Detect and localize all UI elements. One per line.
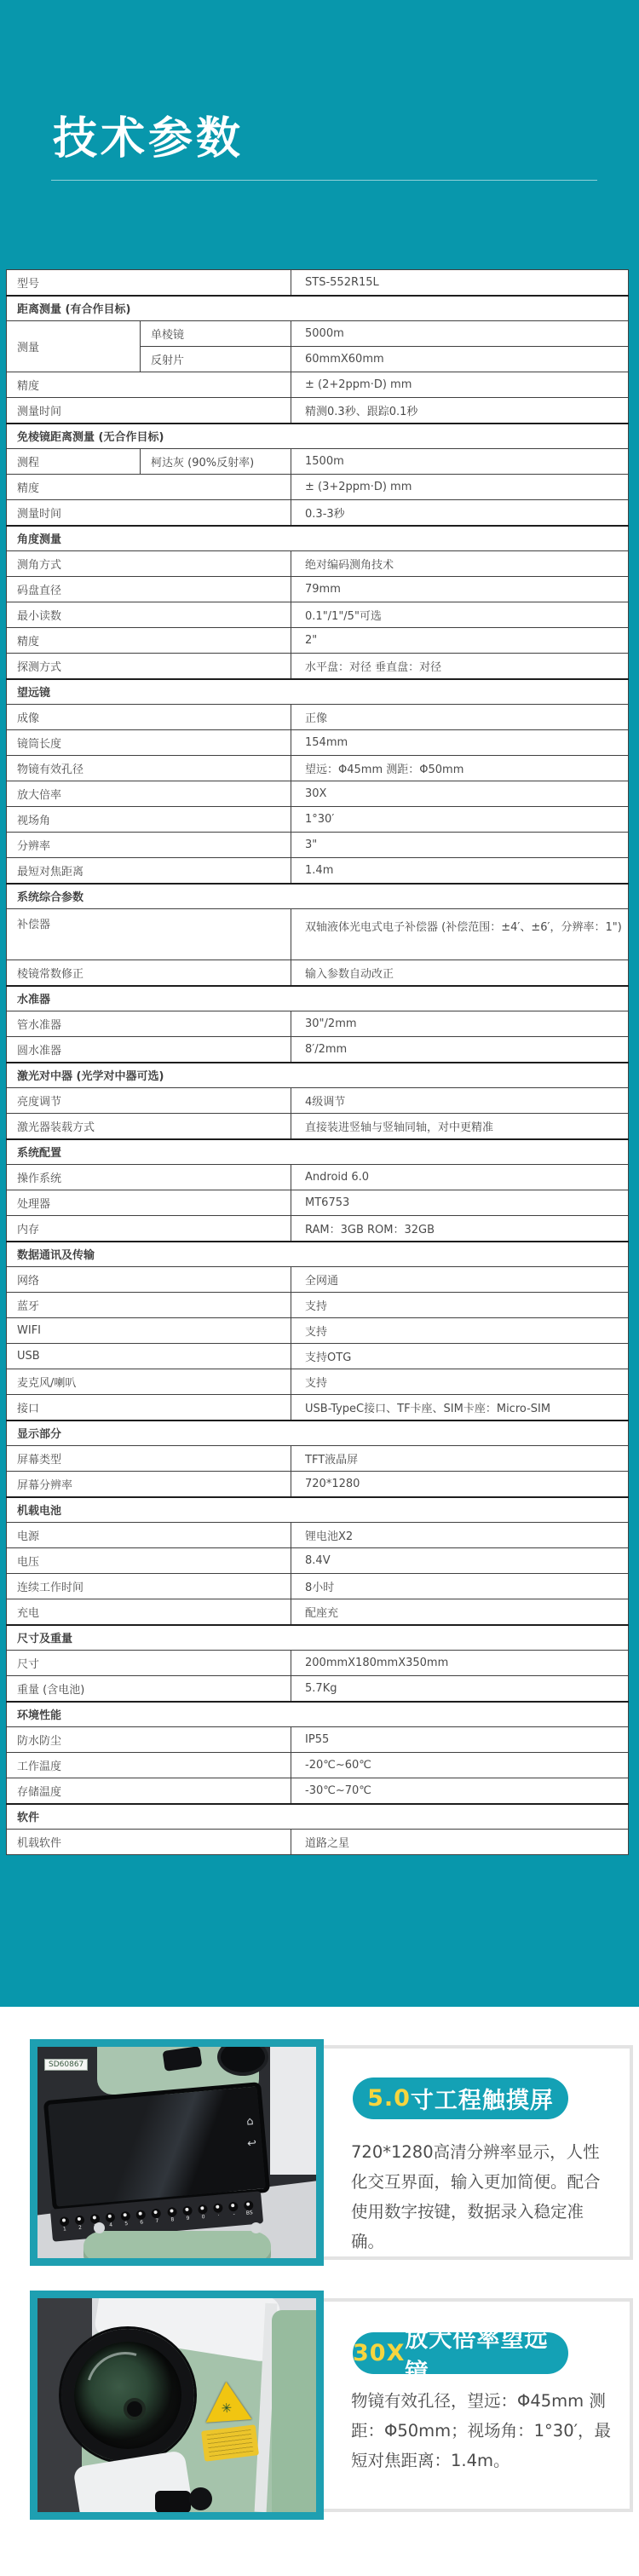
section-header-row: 免棱镜距离测量 (无合作目标) xyxy=(7,424,629,449)
spec-label: 分辨率 xyxy=(7,833,291,858)
spec-row: 处理器MT6753 xyxy=(7,1190,629,1216)
spec-row: 屏幕分辨率720*1280 xyxy=(7,1472,629,1497)
keypad-key-label: 6 xyxy=(135,2219,149,2226)
spec-row: 激光器装载方式直接装进竖轴与竖轴同轴，对中更精准 xyxy=(7,1114,629,1139)
spec-row: 亮度调节4级调节 xyxy=(7,1088,629,1114)
spec-label: 最小读数 xyxy=(7,602,291,628)
spec-row: 网络全网通 xyxy=(7,1267,629,1293)
spec-label: 镜筒长度 xyxy=(7,730,291,756)
serial-label: SD60867 xyxy=(44,2059,88,2071)
section-label: 显示部分 xyxy=(7,1421,629,1446)
spec-value: TFT液晶屏 xyxy=(291,1446,629,1472)
spec-value: RAM：3GB ROM：32GB xyxy=(291,1216,629,1242)
spec-row: 接口USB-TypeC接口、TF卡座、SIM卡座：Micro-SIM xyxy=(7,1395,629,1421)
side-grip-pad xyxy=(272,2310,316,2512)
spec-value: 输入参数自动改正 xyxy=(291,960,629,986)
keypad-key-label: 1 xyxy=(58,2226,72,2233)
feature-text-telescope: 物镜有效孔径，望远：Φ45mm 测距：Φ50mm；视场角：1°30′，最短对焦距… xyxy=(351,2386,615,2475)
spec-label: 测量时间 xyxy=(7,398,291,424)
spec-row: 补偿器双轴液体光电式电子补偿器 (补偿范围：±4′、±6′，分辨率：1") xyxy=(7,909,629,960)
spec-value: 154mm xyxy=(291,730,629,756)
home-icon: ⌂ xyxy=(246,2115,255,2129)
spec-label: 码盘直径 xyxy=(7,577,291,602)
section-header-row: 环境性能 xyxy=(7,1702,629,1727)
tangent-knob-shape xyxy=(189,2487,212,2510)
keypad-key: 4 xyxy=(103,2212,118,2228)
spec-value: 1500m xyxy=(291,449,629,475)
spec-label: 处理器 xyxy=(7,1190,291,1216)
section-label: 软件 xyxy=(7,1804,629,1830)
spec-row: 探测方式水平盘：对径 垂直盘：对径 xyxy=(7,654,629,679)
spec-label: 屏幕分辨率 xyxy=(7,1472,291,1497)
feature-text-touchscreen: 720*1280高清分辨率显示，人性化交互界面，输入更加简便。配合使用数字按键，… xyxy=(351,2137,615,2256)
keypad-key: 1 xyxy=(57,2216,72,2233)
spec-label: 麦克风/喇叭 xyxy=(7,1369,291,1395)
spec-row: 分辨率3" xyxy=(7,833,629,858)
spec-row: 管水准器30"/2mm xyxy=(7,1011,629,1037)
keypad-key: · xyxy=(211,2203,226,2219)
section-header-row: 激光对中器 (光学对中器可选) xyxy=(7,1063,629,1088)
keypad-key-label: 0 xyxy=(197,2214,210,2221)
spec-row: 重量 (含电池)5.7Kg xyxy=(7,1676,629,1702)
spec-row: 放大倍率30X xyxy=(7,781,629,807)
spec-label: 补偿器 xyxy=(7,909,291,960)
laser-warning-triangle-icon: ✳ xyxy=(203,2380,251,2423)
badge-highlight: 5.0 xyxy=(367,2085,411,2112)
spec-row: 操作系统Android 6.0 xyxy=(7,1165,629,1190)
spec-value: STS-552R15L xyxy=(291,270,629,296)
spec-label: 电压 xyxy=(7,1548,291,1574)
spec-row: 物镜有效孔径望远：Φ45mm 测距：Φ50mm xyxy=(7,756,629,781)
spec-value: 双轴液体光电式电子补偿器 (补偿范围：±4′、±6′，分辨率：1") xyxy=(291,909,629,960)
spec-value: 望远：Φ45mm 测距：Φ50mm xyxy=(291,756,629,781)
keypad-key: 5 xyxy=(119,2211,134,2227)
title-underline xyxy=(51,180,597,181)
spec-value: MT6753 xyxy=(291,1190,629,1216)
spec-value: 30X xyxy=(291,781,629,807)
objective-lens xyxy=(61,2329,194,2462)
spec-label: 接口 xyxy=(7,1395,291,1421)
spec-label: 蓝牙 xyxy=(7,1293,291,1318)
spec-row: 成像正像 xyxy=(7,705,629,730)
spec-row: 屏幕类型TFT液晶屏 xyxy=(7,1446,629,1472)
spec-label: 存储温度 xyxy=(7,1778,291,1804)
spec-row: 充电配座充 xyxy=(7,1599,629,1625)
badge-highlight: 30X xyxy=(353,2340,405,2366)
spec-value: 200mmX180mmX350mm xyxy=(291,1651,629,1676)
spec-label: 测量时间 xyxy=(7,500,291,526)
spec-value: 全网通 xyxy=(291,1267,629,1293)
spec-value: 精测0.3秒、跟踪0.1秒 xyxy=(291,398,629,424)
back-icon: ↩ xyxy=(247,2137,257,2151)
touchscreen-display: ⌂↩ xyxy=(43,2082,270,2211)
spec-value: -20℃~60℃ xyxy=(291,1753,629,1778)
keypad-key: 0 xyxy=(196,2204,210,2221)
spec-label: 探测方式 xyxy=(7,654,291,679)
keypad-key: 2 xyxy=(72,2215,87,2231)
spec-label: 机载软件 xyxy=(7,1830,291,1855)
keypad-key-label: BS xyxy=(243,2210,256,2216)
keypad-key-label: 2 xyxy=(73,2224,87,2231)
lens-center-aperture xyxy=(124,2398,146,2420)
spec-value: 3" xyxy=(291,833,629,858)
spec-row: 码盘直径79mm xyxy=(7,577,629,602)
spec-row: 型号STS-552R15L xyxy=(7,270,629,296)
spec-label: 最短对焦距离 xyxy=(7,858,291,884)
spec-value: 1.4m xyxy=(291,858,629,884)
spec-label: 网络 xyxy=(7,1267,291,1293)
spec-value: 4级调节 xyxy=(291,1088,629,1114)
spec-value: 绝对编码测角技术 xyxy=(291,551,629,577)
spec-row: 尺寸200mmX180mmX350mm xyxy=(7,1651,629,1676)
spec-value: 配座充 xyxy=(291,1599,629,1625)
section-label: 免棱镜距离测量 (无合作目标) xyxy=(7,424,629,449)
spec-row: 圆水准器8′/2mm xyxy=(7,1037,629,1063)
spec-row: USB支持OTG xyxy=(7,1344,629,1369)
keypad-key: 7 xyxy=(150,2208,164,2224)
spec-row: 视场角1°30′ xyxy=(7,807,629,833)
tribrach-base-shape xyxy=(83,2231,271,2258)
keypad-key: 8 xyxy=(165,2207,180,2223)
spec-label: 工作温度 xyxy=(7,1753,291,1778)
keypad-key: BS xyxy=(242,2200,256,2216)
spec-row: 棱镜常数修正输入参数自动改正 xyxy=(7,960,629,986)
section-header-row: 机载电池 xyxy=(7,1497,629,1523)
section-header-row: 显示部分 xyxy=(7,1421,629,1446)
keypad-key: - xyxy=(227,2201,241,2217)
spec-label: 测程 xyxy=(7,449,141,475)
spec-label: 亮度调节 xyxy=(7,1088,291,1114)
spec-label: 精度 xyxy=(7,475,291,500)
section-header-row: 系统配置 xyxy=(7,1139,629,1165)
section-label: 环境性能 xyxy=(7,1702,629,1727)
spec-value: 5.7Kg xyxy=(291,1676,629,1702)
spec-label: 精度 xyxy=(7,372,291,398)
keypad-key-label: · xyxy=(212,2212,226,2219)
page-title: 技术参数 xyxy=(53,102,244,166)
spec-label: 管水准器 xyxy=(7,1011,291,1037)
spec-label: 物镜有效孔径 xyxy=(7,756,291,781)
spec-row: 精度2" xyxy=(7,628,629,654)
section-label: 激光对中器 (光学对中器可选) xyxy=(7,1063,629,1088)
instrument-side-column xyxy=(270,2047,316,2175)
spec-row-split: 测程柯达灰 (90%反射率)1500m xyxy=(7,449,629,475)
section-header-row: 望远镜 xyxy=(7,679,629,705)
spec-label: 充电 xyxy=(7,1599,291,1625)
spec-row: 精度± (3+2ppm·D) mm xyxy=(7,475,629,500)
spec-label: WIFI xyxy=(7,1318,291,1344)
spec-value: 8小时 xyxy=(291,1574,629,1599)
spec-label: 防水防尘 xyxy=(7,1727,291,1753)
spec-sublabel: 柯达灰 (90%反射率) xyxy=(141,449,291,475)
keypad-key-label: 7 xyxy=(151,2217,164,2224)
spec-value: IP55 xyxy=(291,1727,629,1753)
spec-table-body: 型号STS-552R15L距离测量 (有合作目标)测量单棱镜5000m反射片60… xyxy=(7,270,629,1855)
spec-row: 工作温度-20℃~60℃ xyxy=(7,1753,629,1778)
tangent-screw-shape xyxy=(155,2491,191,2512)
spec-row: 连续工作时间8小时 xyxy=(7,1574,629,1599)
laser-burst-icon: ✳ xyxy=(221,2400,233,2417)
spec-value: 0.1"/1"/5"可选 xyxy=(291,602,629,628)
section-header-row: 距离测量 (有合作目标) xyxy=(7,296,629,321)
spec-label: 激光器装载方式 xyxy=(7,1114,291,1139)
spec-label: 连续工作时间 xyxy=(7,1574,291,1599)
spec-row: WIFI支持 xyxy=(7,1318,629,1344)
spec-value: 直接装进竖轴与竖轴同轴，对中更精准 xyxy=(291,1114,629,1139)
spec-row: 测量时间0.3-3秒 xyxy=(7,500,629,526)
section-header-row: 尺寸及重量 xyxy=(7,1625,629,1651)
spec-row: 电源锂电池X2 xyxy=(7,1523,629,1548)
spec-label: 测量 xyxy=(7,321,141,372)
spec-value: Android 6.0 xyxy=(291,1165,629,1190)
section-label: 距离测量 (有合作目标) xyxy=(7,296,629,321)
spec-row: 测角方式绝对编码测角技术 xyxy=(7,551,629,577)
spec-value: 30"/2mm xyxy=(291,1011,629,1037)
spec-value: 0.3-3秒 xyxy=(291,500,629,526)
badge-text: 寸工程触摸屏 xyxy=(411,2082,554,2115)
spec-row: 测量时间精测0.3秒、跟踪0.1秒 xyxy=(7,398,629,424)
spec-table: 型号STS-552R15L距离测量 (有合作目标)测量单棱镜5000m反射片60… xyxy=(6,269,629,1855)
product-photo-telescope: ✳ xyxy=(30,2291,324,2520)
keypad-key-label: 5 xyxy=(119,2221,133,2227)
feature-badge-touchscreen: 5.0寸工程触摸屏 xyxy=(353,2078,568,2119)
spec-label: 圆水准器 xyxy=(7,1037,291,1063)
spec-row: 蓝牙支持 xyxy=(7,1293,629,1318)
spec-value: 8.4V xyxy=(291,1548,629,1574)
spec-value: -30℃~70℃ xyxy=(291,1778,629,1804)
spec-value: 5000m xyxy=(291,321,629,347)
spec-value: 720*1280 xyxy=(291,1472,629,1497)
touchscreen-photo-scene: SD60867 ⌂↩ 1234567890·-BS xyxy=(37,2047,316,2258)
spec-label: 尺寸 xyxy=(7,1651,291,1676)
keypad-key-label: 4 xyxy=(104,2222,118,2228)
keypad-key: 6 xyxy=(135,2210,149,2226)
section-header-row: 系统综合参数 xyxy=(7,884,629,909)
spec-value: 支持OTG xyxy=(291,1344,629,1369)
section-label: 机载电池 xyxy=(7,1497,629,1523)
spec-value: 79mm xyxy=(291,577,629,602)
spec-label: 内存 xyxy=(7,1216,291,1242)
spec-label: 成像 xyxy=(7,705,291,730)
spec-row: 电压8.4V xyxy=(7,1548,629,1574)
spec-value: 水平盘：对径 垂直盘：对径 xyxy=(291,654,629,679)
spec-value: ± (2+2ppm·D) mm xyxy=(291,372,629,398)
section-header-row: 水准器 xyxy=(7,986,629,1011)
section-header-row: 软件 xyxy=(7,1804,629,1830)
spec-sublabel: 单棱镜 xyxy=(141,321,291,347)
spec-value: 道路之星 xyxy=(291,1830,629,1855)
spec-value: 1°30′ xyxy=(291,807,629,833)
spec-value: 锂电池X2 xyxy=(291,1523,629,1548)
spec-value: USB-TypeC接口、TF卡座、SIM卡座：Micro-SIM xyxy=(291,1395,629,1421)
keypad-key-label: - xyxy=(227,2210,241,2217)
android-nav-icons: ⌂↩ xyxy=(245,2111,257,2156)
section-label: 系统综合参数 xyxy=(7,884,629,909)
spec-value: 正像 xyxy=(291,705,629,730)
spec-row: 麦克风/喇叭支持 xyxy=(7,1369,629,1395)
keypad-key-label: 9 xyxy=(181,2215,195,2222)
spec-value: ± (3+2ppm·D) mm xyxy=(291,475,629,500)
product-photo-touchscreen: SD60867 ⌂↩ 1234567890·-BS xyxy=(30,2039,324,2266)
spec-row: 机载软件道路之星 xyxy=(7,1830,629,1855)
spec-label: 测角方式 xyxy=(7,551,291,577)
leveling-screw xyxy=(250,2222,262,2233)
spec-value: 2" xyxy=(291,628,629,654)
spec-label: 操作系统 xyxy=(7,1165,291,1190)
feature-badge-telescope: 30X放大倍率望远镜 xyxy=(353,2332,568,2374)
telescope-photo-scene: ✳ xyxy=(37,2298,316,2512)
spec-label: 视场角 xyxy=(7,807,291,833)
spec-label: 电源 xyxy=(7,1523,291,1548)
spec-row: 存储温度-30℃~70℃ xyxy=(7,1778,629,1804)
spec-row: 精度± (2+2ppm·D) mm xyxy=(7,372,629,398)
spec-label: 屏幕类型 xyxy=(7,1446,291,1472)
warning-sticker-text-lines xyxy=(207,2429,254,2457)
spec-label: 放大倍率 xyxy=(7,781,291,807)
spec-row-split: 测量单棱镜5000m xyxy=(7,321,629,347)
section-label: 水准器 xyxy=(7,986,629,1011)
spec-row: 内存RAM：3GB ROM：32GB xyxy=(7,1216,629,1242)
keypad-key: 9 xyxy=(181,2205,195,2222)
spec-value: 支持 xyxy=(291,1369,629,1395)
section-label: 角度测量 xyxy=(7,526,629,551)
lens-highlight-arc xyxy=(72,2338,178,2444)
section-label: 望远镜 xyxy=(7,679,629,705)
section-label: 系统配置 xyxy=(7,1139,629,1165)
spec-label: 精度 xyxy=(7,628,291,654)
leveling-screw xyxy=(94,2222,105,2233)
spec-value: 60mmX60mm xyxy=(291,347,629,372)
spec-row: 防水防尘IP55 xyxy=(7,1727,629,1753)
spec-label: 棱镜常数修正 xyxy=(7,960,291,986)
section-header-row: 角度测量 xyxy=(7,526,629,551)
section-label: 尺寸及重量 xyxy=(7,1625,629,1651)
spec-value: 8′/2mm xyxy=(291,1037,629,1063)
spec-value: 支持 xyxy=(291,1318,629,1344)
spec-row: 最小读数0.1"/1"/5"可选 xyxy=(7,602,629,628)
spec-sublabel: 反射片 xyxy=(141,347,291,372)
spec-label: USB xyxy=(7,1344,291,1369)
spec-label: 型号 xyxy=(7,270,291,296)
keypad-key-label: 8 xyxy=(166,2216,180,2223)
spec-value: 支持 xyxy=(291,1293,629,1318)
section-label: 数据通讯及传输 xyxy=(7,1242,629,1267)
spec-row: 最短对焦距离1.4m xyxy=(7,858,629,884)
spec-row: 镜筒长度154mm xyxy=(7,730,629,756)
spec-label: 重量 (含电池) xyxy=(7,1676,291,1702)
section-header-row: 数据通讯及传输 xyxy=(7,1242,629,1267)
badge-text: 放大倍率望远镜 xyxy=(405,2320,568,2387)
